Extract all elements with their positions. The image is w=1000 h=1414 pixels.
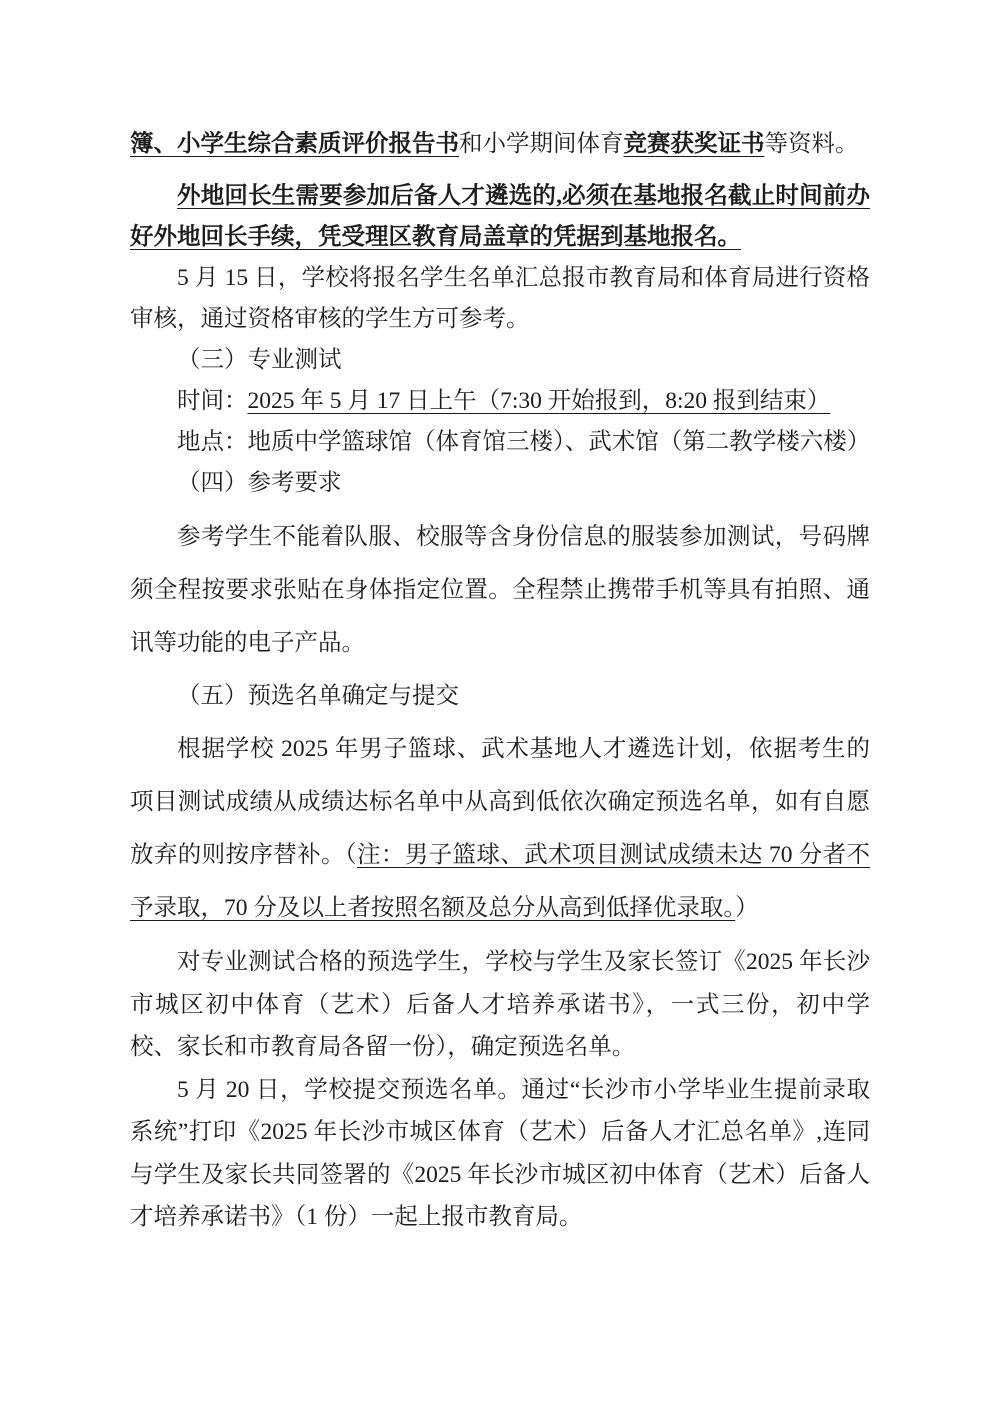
text-run: 5 月 15 日，学校将报名学生名单汇总报市教育局和体育局进行资格审核，通过资格… (130, 265, 870, 332)
text-run: 和小学期间体育 (459, 131, 624, 157)
paragraph: 外地回长生需要参加后备人才遴选的,必须在基地报名截止时间前办好外地回长手续，凭受… (130, 176, 870, 258)
text-run: 5 月 20 日，学校提交预选名单。通过“长沙市小学毕业生提前录取系统”打印《2… (130, 1077, 870, 1231)
text-run: 参考学生不能着队服、校服等含身份信息的服装参加测试，号码牌须全程按要求张贴在身体… (130, 524, 870, 656)
paragraph: 根据学校 2025 年男子篮球、武术基地人才遴选计划，依据考生的项目测试成绩从成… (130, 723, 870, 935)
text-run: （四）参考要求 (177, 470, 342, 496)
paragraph: 簿、小学生综合素质评价报告书和小学期间体育竞赛获奖证书等资料。 (130, 124, 870, 165)
paragraph: 对专业测试合格的预选学生，学校与学生及家长签订《2025 年长沙市城区初中体育（… (130, 941, 870, 1069)
paragraph: 时间：2025 年 5 月 17 日上午（7:30 开始报到，8:20 报到结束… (130, 381, 870, 422)
text-run: 外地回长生需要参加后备人才遴选的,必须在基地报名截止时间前办好外地回长手续，凭受… (130, 183, 870, 250)
paragraph: 地点：地质中学篮球馆（体育馆三楼）、武术馆（第二教学楼六楼） (130, 422, 870, 463)
text-run: （三）专业测试 (177, 347, 342, 373)
text-run: 2025 年 5 月 17 日上午（7:30 开始报到，8:20 报到结束） (248, 388, 831, 414)
paragraph: 5 月 15 日，学校将报名学生名单汇总报市教育局和体育局进行资格审核，通过资格… (130, 258, 870, 340)
text-run: 地点：地质中学篮球馆（体育馆三楼）、武术馆（第二教学楼六楼） (177, 429, 870, 455)
document-body: 簿、小学生综合素质评价报告书和小学期间体育竞赛获奖证书等资料。外地回长生需要参加… (0, 0, 1000, 1239)
text-run: 等资料。 (765, 131, 859, 157)
text-run: 对专业测试合格的预选学生，学校与学生及家长签订《2025 年长沙市城区初中体育（… (130, 949, 870, 1060)
paragraph: （五）预选名单确定与提交 (130, 670, 870, 723)
paragraph: 5 月 20 日，学校提交预选名单。通过“长沙市小学毕业生提前录取系统”打印《2… (130, 1069, 870, 1239)
text-run: 时间： (177, 388, 248, 414)
text-run: 簿、小学生综合素质评价报告书 (130, 131, 459, 157)
text-run: （五）预选名单确定与提交 (177, 683, 459, 709)
document-page: 簿、小学生综合素质评价报告书和小学期间体育竞赛获奖证书等资料。外地回长生需要参加… (0, 0, 1000, 1414)
paragraph: （四）参考要求 (130, 463, 870, 504)
paragraph: 参考学生不能着队服、校服等含身份信息的服装参加测试，号码牌须全程按要求张贴在身体… (130, 511, 870, 670)
text-run: 竞赛获奖证书 (624, 131, 765, 157)
text-run: ） (735, 895, 759, 921)
paragraph: （三）专业测试 (130, 340, 870, 381)
